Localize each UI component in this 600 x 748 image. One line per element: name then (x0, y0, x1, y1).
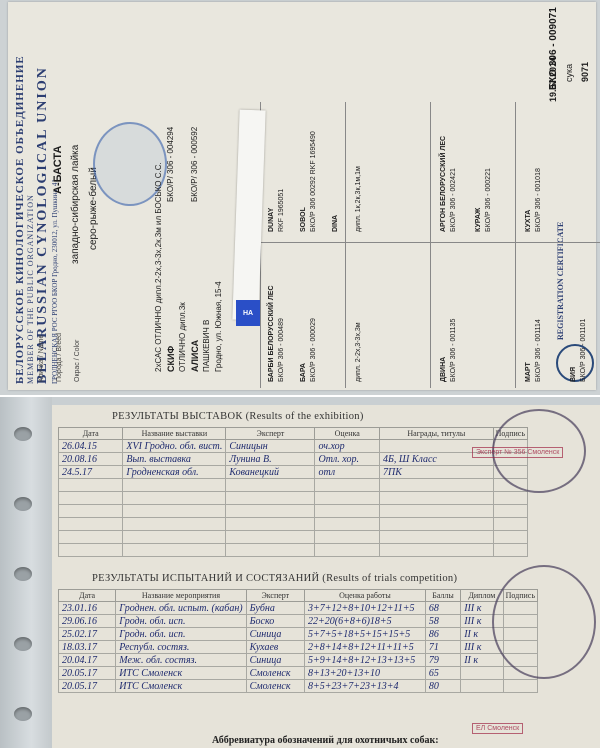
cell-date: 20.04.17 (59, 654, 116, 667)
col-header: Дата (59, 428, 123, 440)
col-header: Награды, титулы (380, 428, 494, 440)
table-row: 20.05.17 ИТС Смоленск Смоленск 8+13+20+1… (59, 667, 538, 680)
cell-points: 58 (425, 615, 460, 628)
table-row: 18.03.17 Республ. состяз. Кухаев 2+8+14+… (59, 641, 538, 654)
pedigree-entry: КУХТА (525, 210, 532, 232)
pedigree-entry: DUNAY (268, 208, 275, 232)
sire-registration: БКО/Р/ 306 - 004294 (166, 127, 175, 202)
cell-date: 23.01.16 (59, 602, 116, 615)
exhibition-table: Дата Название выставки Эксперт Оценка На… (58, 427, 528, 557)
pedigree-entry: ВИЯ (570, 367, 577, 382)
cell-grade: оч.хор (315, 440, 380, 453)
table-row-empty (59, 505, 528, 518)
blue-sticker: HA (236, 300, 260, 326)
trials-section-title: РЕЗУЛЬТАТЫ ИСПЫТАНИЙ И СОСТЯЗАНИЙ (Resul… (92, 573, 457, 584)
table-row: 23.01.16 Гроднен. обл. испыт. (кабан) Бу… (59, 602, 538, 615)
table-row: 24.5.17 Гродненская обл. Кованецкий отл … (59, 466, 528, 479)
table-row-empty (59, 479, 528, 492)
cell-signature (503, 680, 537, 693)
cell-grade: Отл. хор. (315, 453, 380, 466)
cell-points: 71 (425, 641, 460, 654)
cell-points: 65 (425, 667, 460, 680)
cell-grade: отл (315, 466, 380, 479)
table-row-empty (59, 518, 528, 531)
trials-table: Дата Название мероприятия Эксперт Оценка… (58, 589, 538, 693)
cell-show: Вып. выставка (123, 453, 226, 466)
col-header: Название выставки (123, 428, 226, 440)
binder-hole (14, 427, 32, 441)
cell-event: Гродн. обл. исп. (116, 628, 246, 641)
pedigree-entry-reg: дипл. 1к,2к,3к,1м,1м (355, 166, 362, 232)
pedigree-entry: АРГОН БЕЛОРУССКИЙ ЛЕС (440, 136, 447, 232)
col-header: Оценка (315, 428, 380, 440)
table-row: 25.02.17 Гродн. обл. исп. Синица 5+7+5+1… (59, 628, 538, 641)
exhibition-section-title: РЕЗУЛЬТАТЫ ВЫСТАВОК (Results of the exhi… (112, 411, 364, 422)
cell-score-breakdown: 5+7+5+18+5+15+15+5 (305, 628, 426, 641)
col-header: Эксперт (226, 428, 315, 440)
cell-expert: Синица (246, 628, 304, 641)
cell-points: 80 (425, 680, 460, 693)
results-book-photo: РЕЗУЛЬТАТЫ ВЫСТАВОК (Results of the exhi… (0, 397, 600, 748)
pedigree-entry: МАРТ (525, 362, 532, 382)
red-rect-stamp: ЕЛ Смоленск (472, 723, 523, 734)
table-row: 20.04.17 Меж. обл. состяз. Синица 5+9+14… (59, 654, 538, 667)
dog-breed: западно-сибирская лайка (70, 145, 81, 264)
pedigree-entry: БАРБИ БЕЛОРУССКИЙ ЛЕС (268, 285, 275, 382)
cell-show: XVI Гродно. обл. вист. (123, 440, 226, 453)
cell-score-breakdown: 3+7+12+8+10+12+11+5 (305, 602, 426, 615)
table-row-empty (59, 531, 528, 544)
cell-date: 29.06.16 (59, 615, 116, 628)
sire-name: СКИФ (166, 346, 176, 372)
table-row: 29.06.16 Гродн. обл. исп. Боско 22+20(6+… (59, 615, 538, 628)
dam-name: АЛИСА (190, 340, 200, 372)
pedigree-entry-reg: дипл. 2-2х,3-3х,3м (355, 322, 362, 382)
cell-awards: 7ПК (380, 466, 494, 479)
label-breed: Порода / Breed (56, 333, 63, 382)
cell-date: 24.5.17 (59, 466, 123, 479)
pedigree-entry-reg: БКО/Р 306 - 000221 (485, 168, 492, 232)
cell-event: ИТС Смоленск (116, 667, 246, 680)
cell-event: Меж. обл. состяз. (116, 654, 246, 667)
col-header: Баллы (425, 590, 460, 602)
binder-hole (14, 637, 32, 651)
cell-date: 20.05.17 (59, 680, 116, 693)
pedigree-entry: DINA (332, 215, 339, 232)
pedigree-entry-reg: БКО/Р 306 - 001135 (450, 319, 457, 382)
cell-diploma (461, 667, 503, 680)
pedigree-entry: SOBOL (300, 207, 307, 232)
col-header: Эксперт (246, 590, 304, 602)
label-name: Кличка / Name (38, 335, 45, 382)
pedigree-entry-reg: БКО/Р 306 - 001018 (535, 168, 542, 232)
abbreviations-heading: Аббревиатура обозначений для охотничьих … (212, 735, 439, 746)
pedigree-entry: ДВИНА (440, 357, 447, 382)
table-row: 20.08.16 Вып. выставка Лунина В. Отл. хо… (59, 453, 528, 466)
org-title-en: BELARUSSIAN CYNOLOGICAL UNION (35, 8, 51, 384)
pedigree-entry-reg: БКО/Р 306 - 002421 (450, 168, 457, 232)
cell-date: 25.02.17 (59, 628, 116, 641)
cell-event: Гроднен. обл. испыт. (кабан) (116, 602, 246, 615)
expert-stamp: Эксперт № 356 Смоленск (472, 447, 563, 458)
cell-event: Республ. состяз. (116, 641, 246, 654)
cell-expert: Лунина В. (226, 453, 315, 466)
binder-hole (14, 497, 32, 511)
cell-expert: Смоленск (246, 667, 304, 680)
cell-date: 18.03.17 (59, 641, 116, 654)
table-row-empty (59, 492, 528, 505)
table-row: 20.05.17 ИТС Смоленск Смоленск 8+5+23+7+… (59, 680, 538, 693)
pedigree-entry: КУРАЖ (475, 208, 482, 232)
pedigree-entry-reg: БКО/Р 306 - 000029 (310, 318, 317, 382)
cell-date: 26.04.15 (59, 440, 123, 453)
cell-points: 79 (425, 654, 460, 667)
cell-points: 68 (425, 602, 460, 615)
cell-score-breakdown: 8+13+20+13+10 (305, 667, 426, 680)
cell-show: Гродненская обл. (123, 466, 226, 479)
dam-registration: БКО/Р/ 306 - 000592 (190, 127, 199, 202)
breeder-name: ПАШКЕВИЧ В (202, 320, 211, 372)
registration-certificate: БЕЛОРУССКОЕ КИНОЛОГИЧЕСКОЕ ОБЪЕДИНЕНИЕ M… (8, 2, 596, 390)
certificate-header: БЕЛОРУССКОЕ КИНОЛОГИЧЕСКОЕ ОБЪЕДИНЕНИЕ M… (14, 8, 59, 384)
birth-date: 19.07.2014 (548, 57, 558, 102)
cell-expert: Смоленск (246, 680, 304, 693)
binder-sleeve (0, 397, 52, 748)
cell-expert: Кухаев (246, 641, 304, 654)
certificate-photo: БЕЛОРУССКОЕ КИНОЛОГИЧЕСКОЕ ОБЪЕДИНЕНИЕ M… (0, 0, 600, 395)
label-color: Окрас / Color (74, 340, 81, 382)
pedigree-entry-reg: БКО/Р 306 - 001101 (580, 319, 587, 382)
cell-date: 20.05.17 (59, 667, 116, 680)
pedigree-table: DUNAY RKF 1965051 SOBOL БКО/Р 306 00292 … (260, 102, 600, 388)
binder-hole (14, 567, 32, 581)
sex: сука (564, 64, 574, 82)
cell-event: Гродн. обл. исп. (116, 615, 246, 628)
cell-score-breakdown: 5+9+14+8+12+13+13+5 (305, 654, 426, 667)
owner-address: Гродно, ул. Южная, 15-4 (214, 281, 223, 372)
org-title-ru: БЕЛОРУССКОЕ КИНОЛОГИЧЕСКОЕ ОБЪЕДИНЕНИЕ (14, 8, 26, 384)
cell-date: 20.08.16 (59, 453, 123, 466)
dog-name: А-БАСТА (52, 146, 64, 194)
pedigree-entry-reg: RKF 1965051 (278, 189, 285, 232)
pedigree-entry: БАРА (300, 363, 307, 382)
col-header: Название мероприятия (116, 590, 246, 602)
sire-rating: ОТЛИЧНО дипл.3к (178, 302, 187, 372)
cell-score-breakdown: 8+5+23+7+23+13+4 (305, 680, 426, 693)
col-header: Дата (59, 590, 116, 602)
pedigree-entry-reg: БКО/Р 306 - 001114 (535, 319, 542, 382)
cell-score-breakdown: 2+8+14+8+12+11+11+5 (305, 641, 426, 654)
pedigree-entry-reg: БКО/Р 306 - 000489 (278, 318, 285, 382)
binder-hole (14, 707, 32, 721)
pedigree-entry-reg: БКО/Р 306 00292 RKF 1695490 (310, 131, 317, 232)
org-address: ГРОДНЕНСКАЯ РОС РГОО БКОР Гродно, 230012… (51, 8, 59, 384)
sire-line: 2хСАС ОТЛИЧНО дипл.2-2х,3-3х,2к,3м ил БО… (154, 162, 163, 372)
cell-score-breakdown: 22+20(6+8+6)18+5 (305, 615, 426, 628)
cell-diploma (461, 680, 503, 693)
cell-expert: Кованецкий (226, 466, 315, 479)
table-row-empty (59, 544, 528, 557)
cell-diploma: II к (461, 654, 503, 667)
cell-expert: Боско (246, 615, 304, 628)
trials-round-stamp (492, 565, 596, 679)
cell-points: 86 (425, 628, 460, 641)
cell-expert: Бубна (246, 602, 304, 615)
cell-expert: Синицын (226, 440, 315, 453)
org-subtitle: MEMBER OF THE PUBLIC ORGANIZATION (26, 8, 35, 384)
cell-event: ИТС Смоленск (116, 680, 246, 693)
tattoo: 9071 (580, 62, 590, 82)
col-header: Оценка работы (305, 590, 426, 602)
table-row: 26.04.15 XVI Гродно. обл. вист. Синицын … (59, 440, 528, 453)
cell-expert: Синица (246, 654, 304, 667)
results-page: РЕЗУЛЬТАТЫ ВЫСТАВОК (Results of the exhi… (52, 405, 600, 748)
